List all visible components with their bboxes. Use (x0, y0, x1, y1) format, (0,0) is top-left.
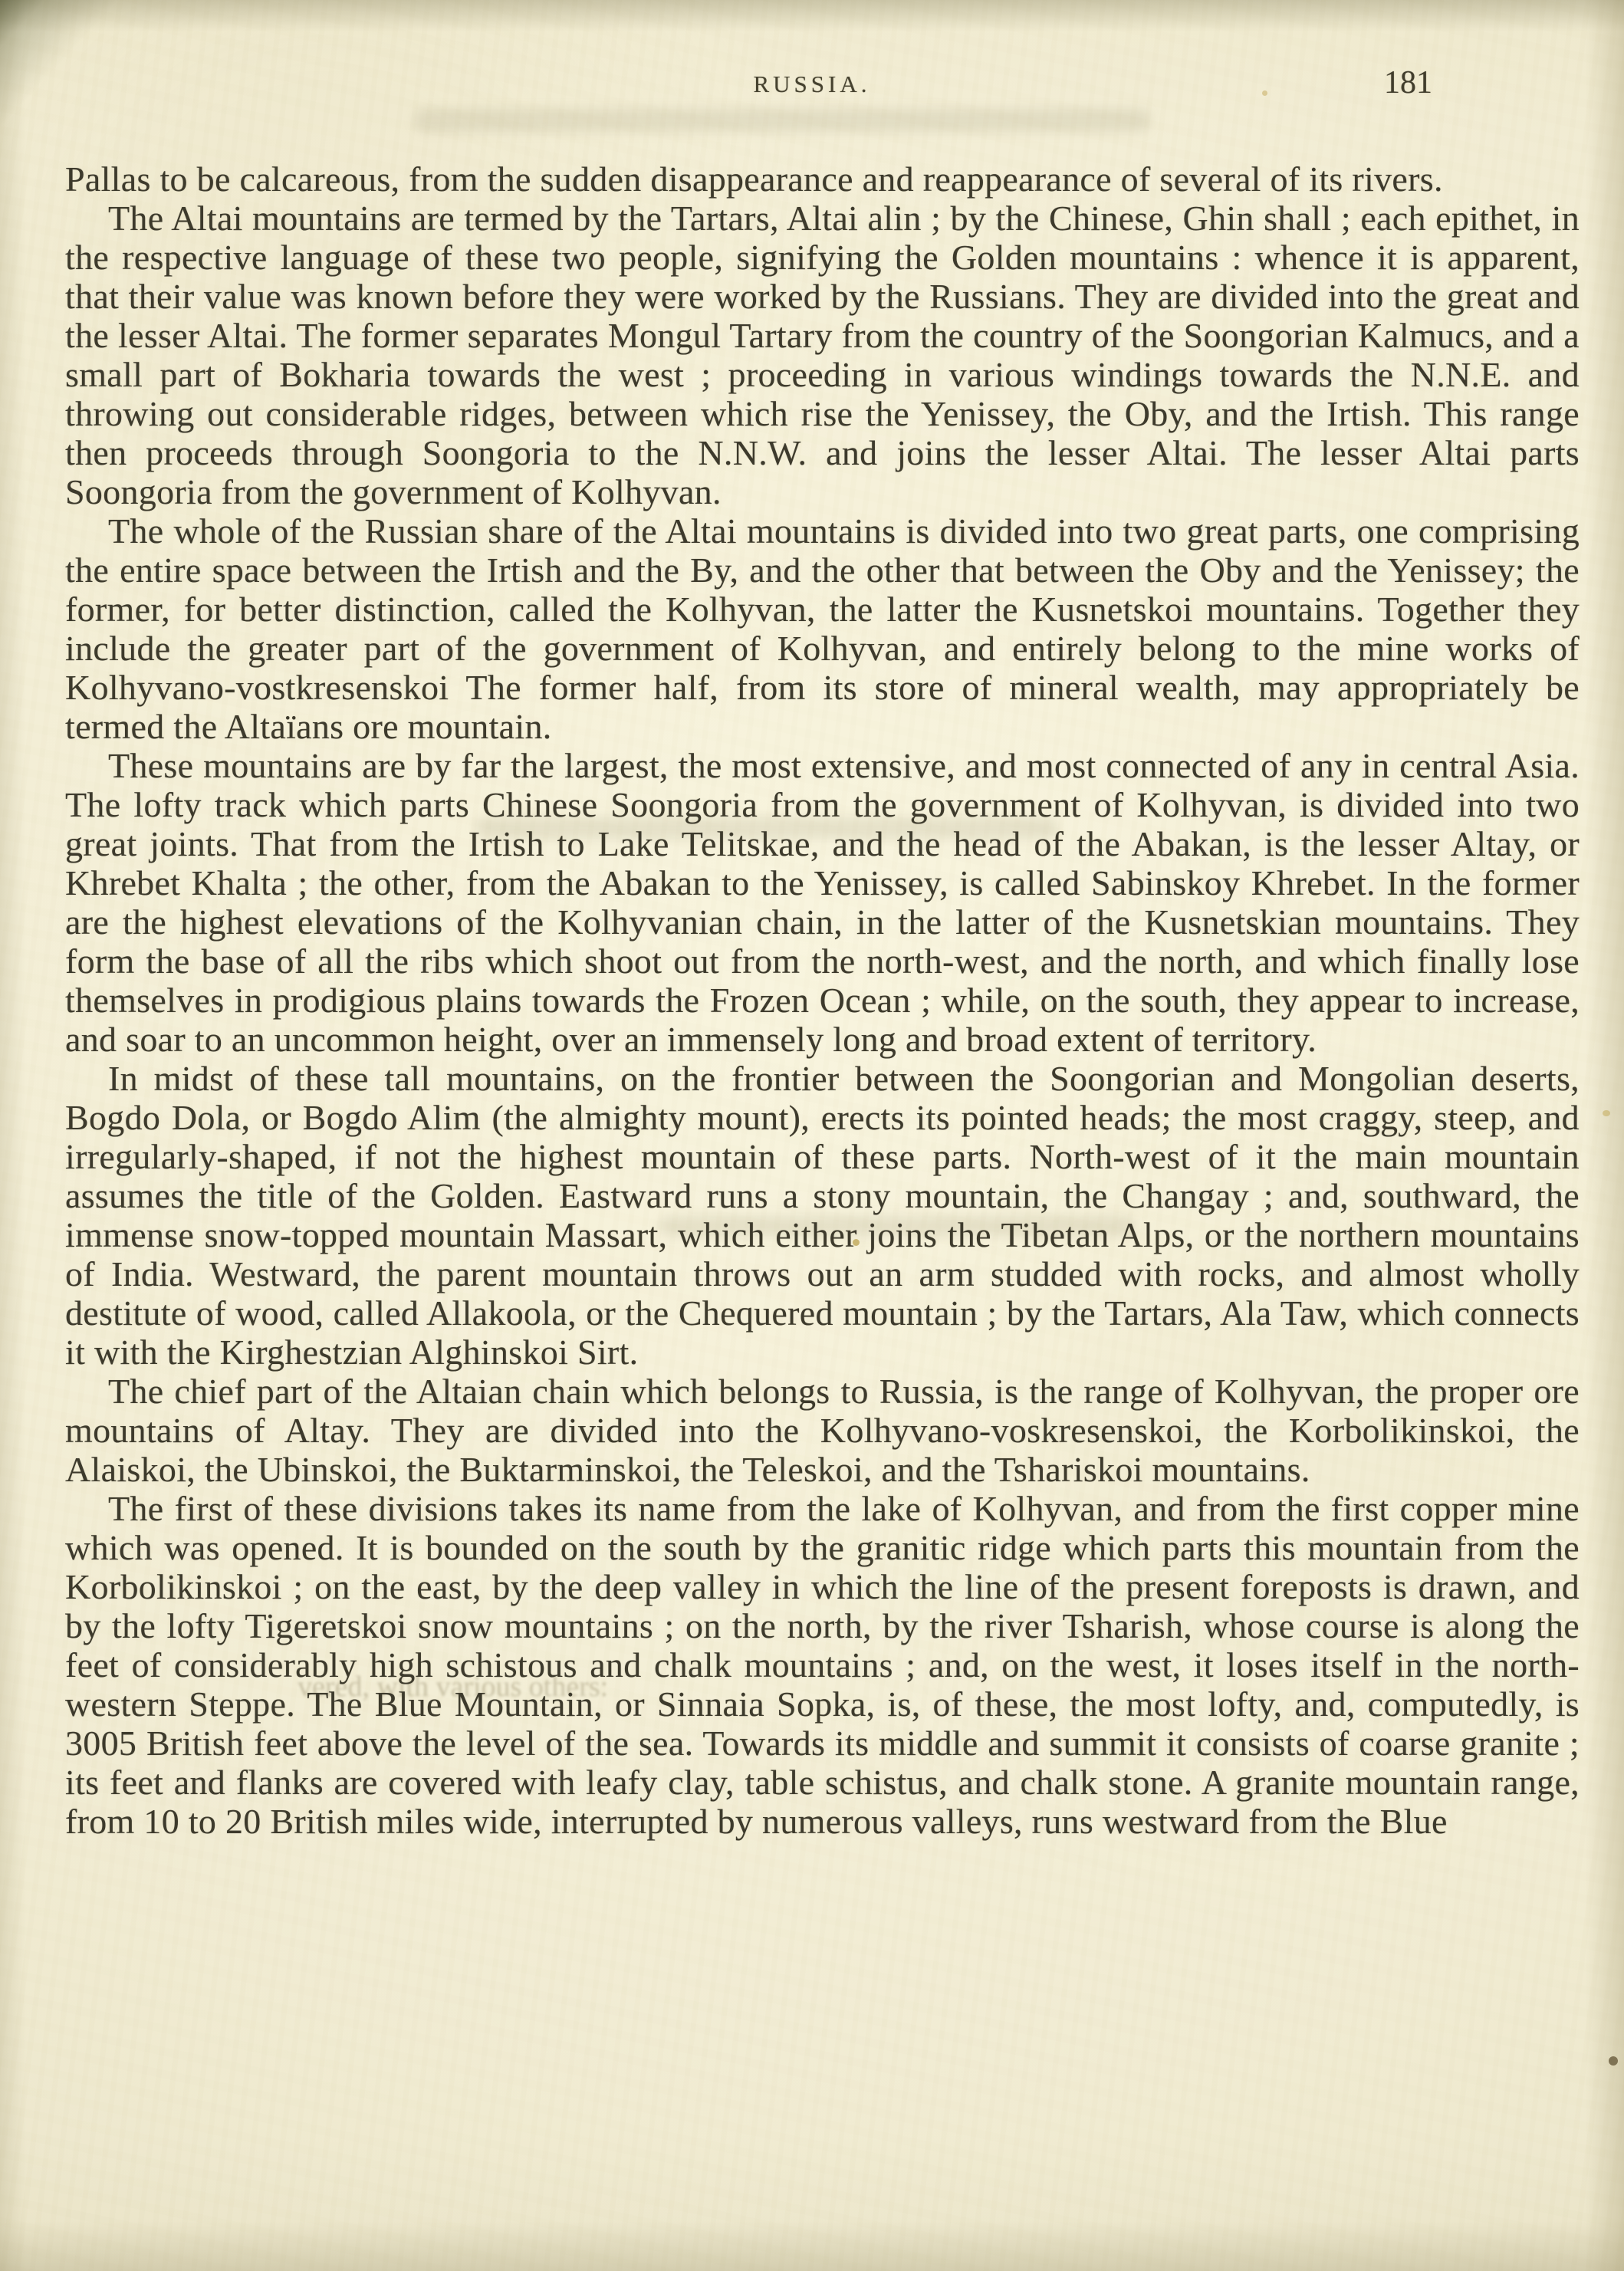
paragraph-1: Pallas to be calcareous, from the sudden… (65, 159, 1580, 199)
paper-speck (1603, 1110, 1610, 1116)
paragraph-5: In midst of these tall mountains, on the… (65, 1059, 1580, 1372)
running-title: RUSSIA. (0, 71, 1624, 98)
book-page: RUSSIA. 181 vered, with various others: … (0, 0, 1624, 2271)
page-number: 181 (1384, 64, 1432, 101)
paragraph-2: The Altai mountains are termed by the Ta… (65, 199, 1580, 511)
paragraph-4: These mountains are by far the largest, … (65, 746, 1580, 1059)
ink-speck (1609, 2056, 1618, 2066)
paragraph-7: The first of these divisions takes its n… (65, 1489, 1580, 1841)
page-header: RUSSIA. 181 (0, 0, 1624, 120)
paragraph-6: The chief part of the Altaian chain whic… (65, 1372, 1580, 1489)
page-body: Pallas to be calcareous, from the sudden… (65, 159, 1580, 1841)
paragraph-3: The whole of the Russian share of the Al… (65, 511, 1580, 746)
